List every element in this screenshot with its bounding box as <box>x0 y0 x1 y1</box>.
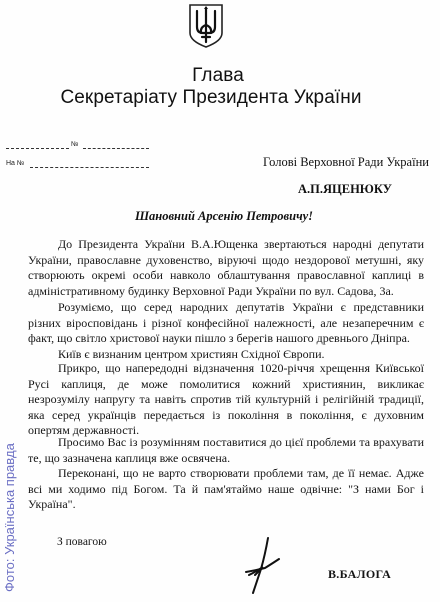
paragraph-4: Прикро, що напередодні відзначення 1020-… <box>28 361 424 439</box>
reply-to-field <box>30 167 149 168</box>
outgoing-number-label: № <box>71 141 79 148</box>
letterhead-title-line1: Глава <box>0 65 438 87</box>
outgoing-number-field <box>83 148 149 149</box>
paragraph-5: Просимо Вас із розумінням поставитися до… <box>28 435 424 466</box>
trident-coat-of-arms-icon <box>187 3 225 49</box>
photo-credit-watermark: Фото: Українська правда <box>2 443 17 592</box>
signer-name: В.БАЛОГА <box>328 567 391 582</box>
paragraph-1: До Президента України В.А.Ющенка звертаю… <box>28 237 424 299</box>
paragraph-2: Розуміємо, що серед народних депутатів У… <box>28 300 424 347</box>
salutation: Шановний Арсенію Петровичу! <box>0 209 440 224</box>
addressee-position: Голові Верховної Ради України <box>263 155 429 170</box>
addressee-name: А.П.ЯЦЕНЮКУ <box>298 182 392 197</box>
letterhead-title-line2: Секретаріату Президента України <box>0 87 431 109</box>
reply-to-label: На № <box>6 160 24 167</box>
handwritten-signature-icon <box>243 535 283 595</box>
letter-page: Глава Секретаріату Президента України № … <box>0 0 440 602</box>
closing-phrase: З повагою <box>57 536 107 548</box>
paragraph-6: Переконані, що не варто створювати пробл… <box>28 466 424 513</box>
outgoing-date-field <box>6 148 69 149</box>
